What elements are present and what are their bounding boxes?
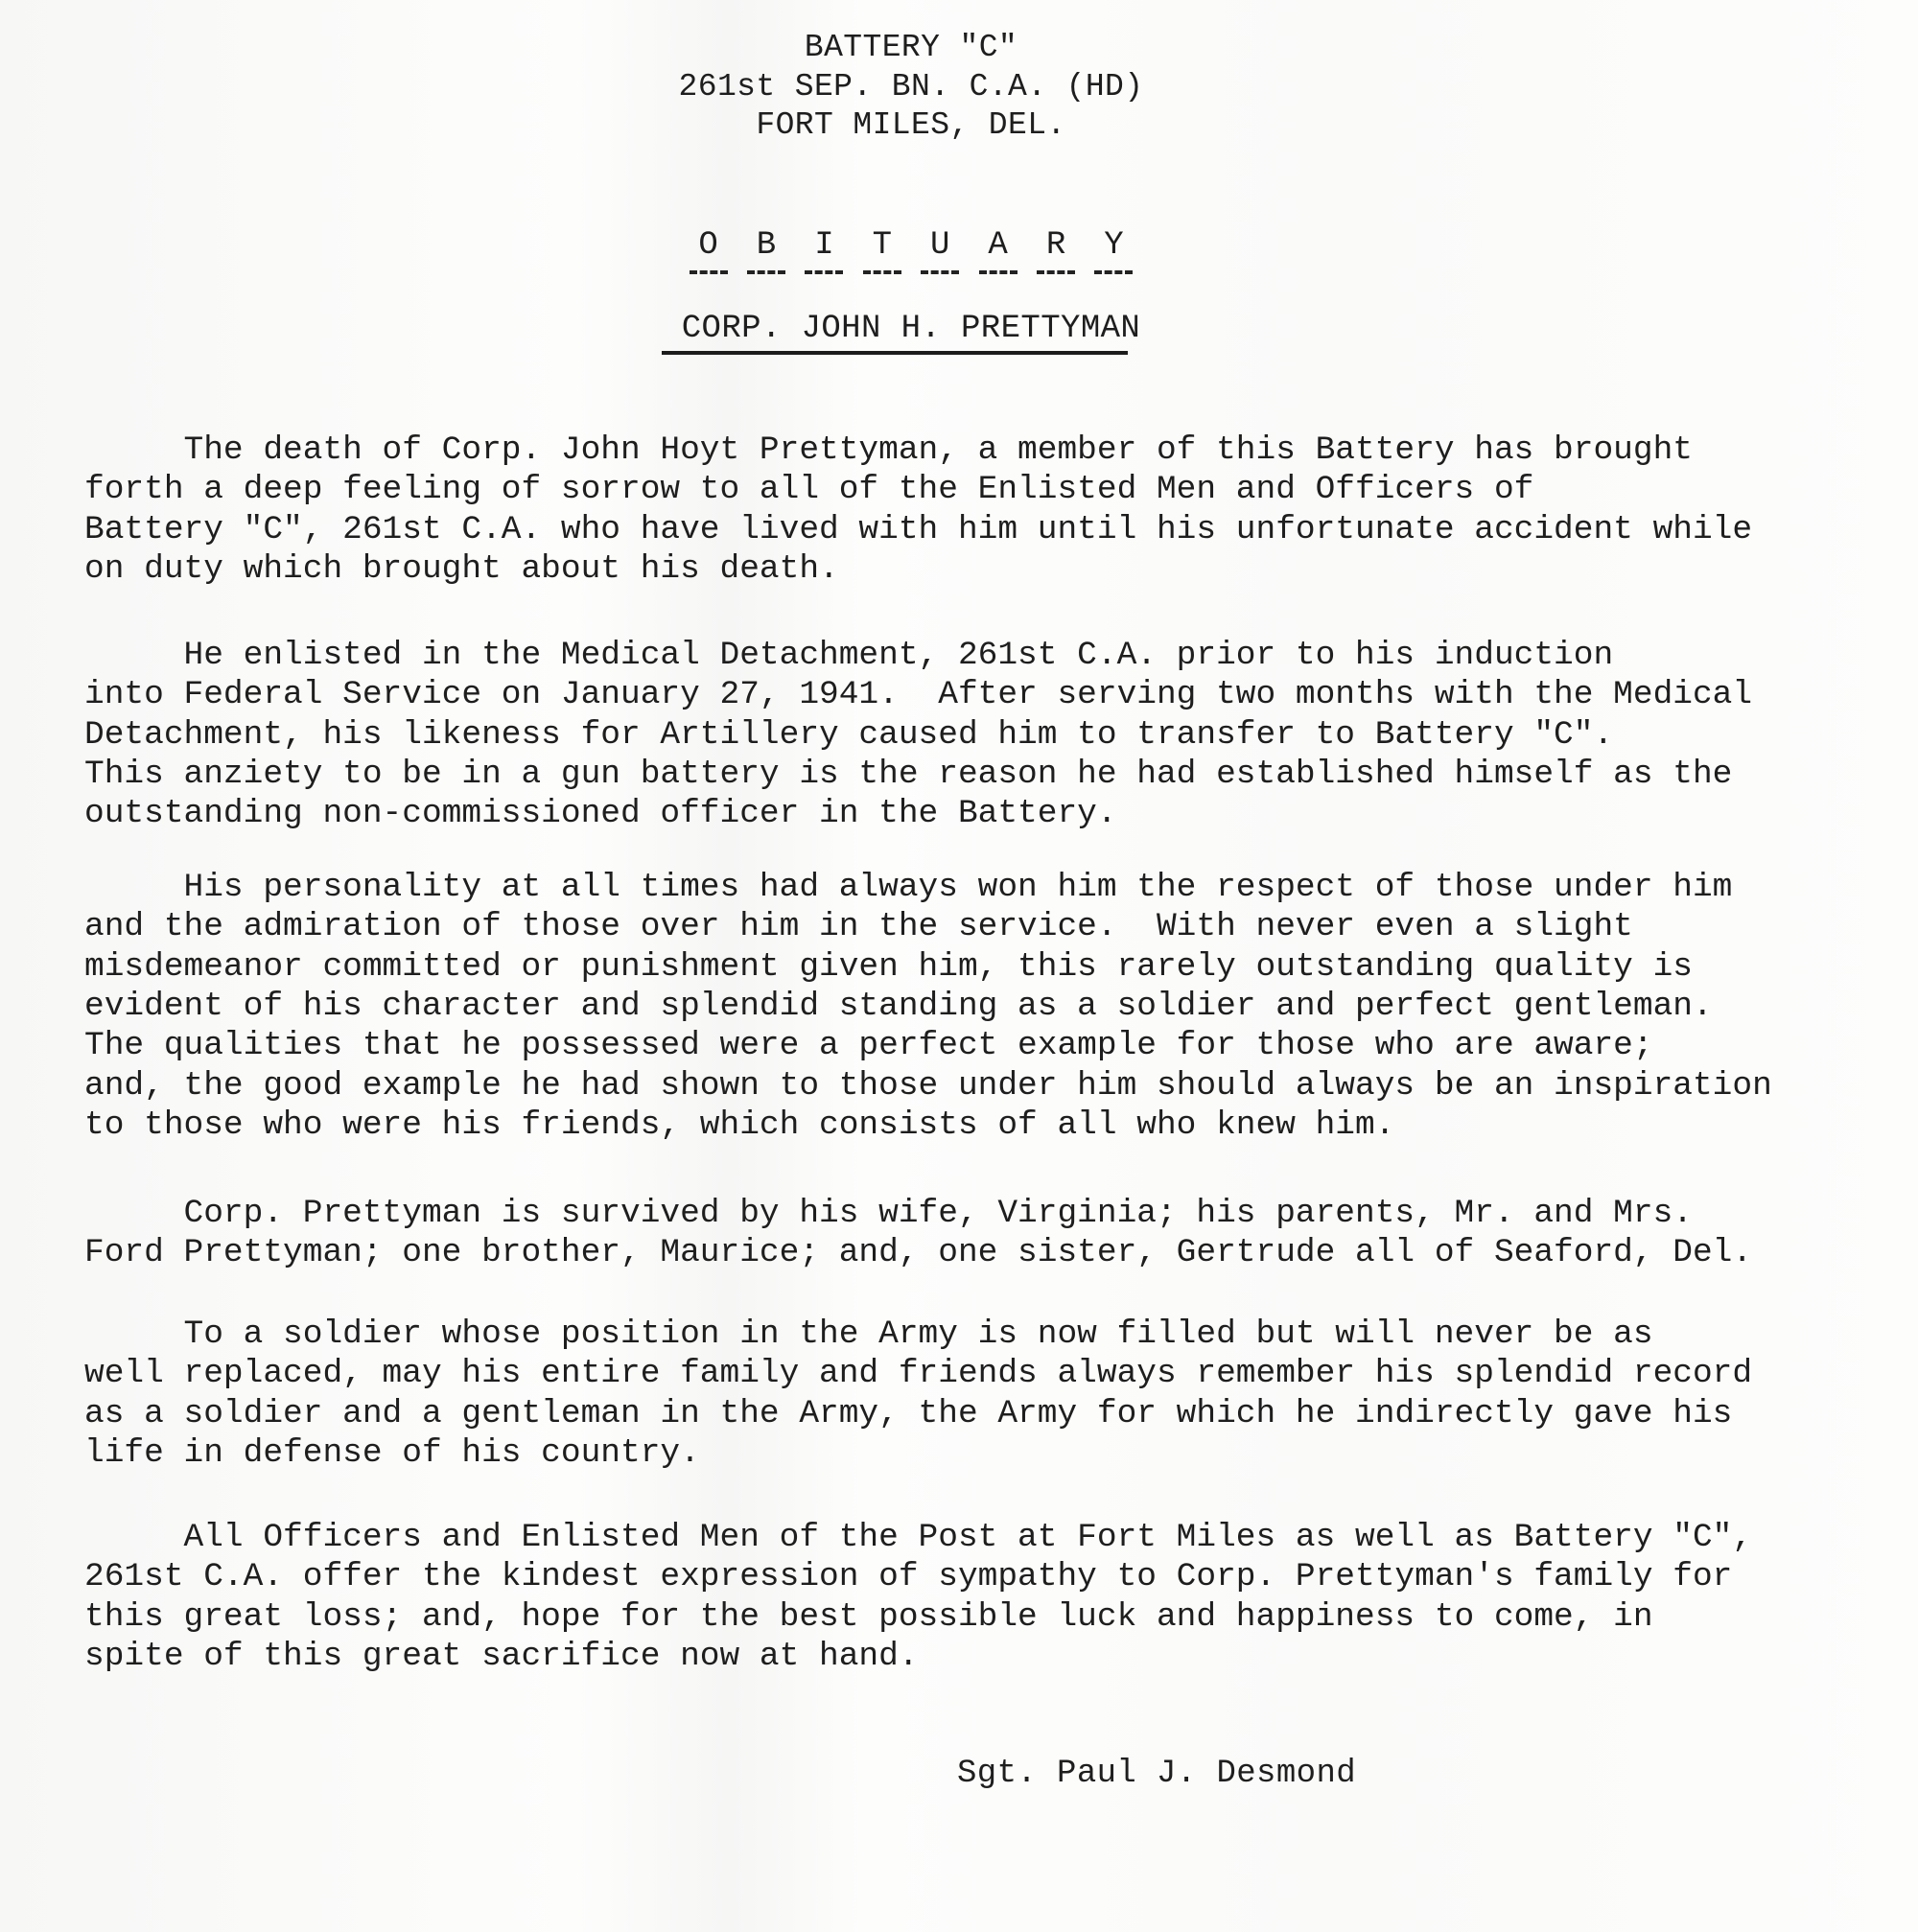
paragraph-3-line: and the admiration of those over him in … [84,907,1633,946]
paragraph-3-line: His personality at all times had always … [84,868,1732,907]
title-letter: Y [1094,226,1133,274]
title-letter: U [921,226,959,274]
signature: Sgt. Paul J. Desmond [957,1755,1356,1793]
title-letter: O [690,226,728,274]
paragraph-3-line: The qualities that he possessed were a p… [84,1026,1653,1065]
paragraph-2-line: Detachment, his likeness for Artillery c… [84,715,1613,755]
header-unit: BATTERY "C" [0,29,1822,67]
paragraph-3-line: evident of his character and splendid st… [84,987,1713,1026]
paragraph-6-line: All Officers and Enlisted Men of the Pos… [84,1518,1752,1557]
title-letter: I [805,226,843,274]
paragraph-6-line: this great loss; and, hope for the best … [84,1597,1653,1637]
title-letter: R [1037,226,1075,274]
paragraph-3-line: misdemeanor committed or punishment give… [84,947,1693,987]
paragraph-5-line: as a soldier and a gentleman in the Army… [84,1394,1732,1433]
paragraph-2-line: He enlisted in the Medical Detachment, 2… [84,636,1613,675]
paragraph-1-line: forth a deep feeling of sorrow to all of… [84,470,1533,509]
paragraph-1-line: The death of Corp. John Hoyt Prettyman, … [84,431,1693,470]
paragraph-4-line: Ford Prettyman; one brother, Maurice; an… [84,1233,1752,1272]
paragraph-3-line: to those who were his friends, which con… [84,1106,1394,1145]
typewritten-page: BATTERY "C" 261st SEP. BN. C.A. (HD) FOR… [0,0,1918,1932]
paragraph-2-line: into Federal Service on January 27, 1941… [84,675,1752,714]
title-letter: B [747,226,785,274]
paragraph-5-line: To a soldier whose position in the Army … [84,1315,1653,1354]
obituary-title: O B I T U A R Y [0,226,1822,274]
paragraph-1-line: Battery "C", 261st C.A. who have lived w… [84,510,1752,549]
paragraph-5-line: life in defense of his country. [84,1433,700,1473]
paragraph-2-line: outstanding non-commissioned officer in … [84,794,1117,833]
paragraph-4-line: Corp. Prettyman is survived by his wife,… [84,1194,1693,1233]
title-letter: T [863,226,901,274]
paragraph-3-line: and, the good example he had shown to th… [84,1066,1772,1106]
paragraph-5-line: well replaced, may his entire family and… [84,1354,1752,1393]
paragraph-6-line: spite of this great sacrifice now at han… [84,1637,919,1676]
paragraph-6-line: 261st C.A. offer the kindest expression … [84,1557,1732,1596]
title-letter: A [979,226,1017,274]
subject-underline [662,351,1128,355]
paragraph-1-line: on duty which brought about his death. [84,549,839,589]
header-battalion: 261st SEP. BN. C.A. (HD) [0,68,1822,106]
subject-name: CORP. JOHN H. PRETTYMAN [0,310,1822,348]
header-location: FORT MILES, DEL. [0,106,1822,145]
paragraph-2-line: This anziety to be in a gun battery is t… [84,755,1732,794]
